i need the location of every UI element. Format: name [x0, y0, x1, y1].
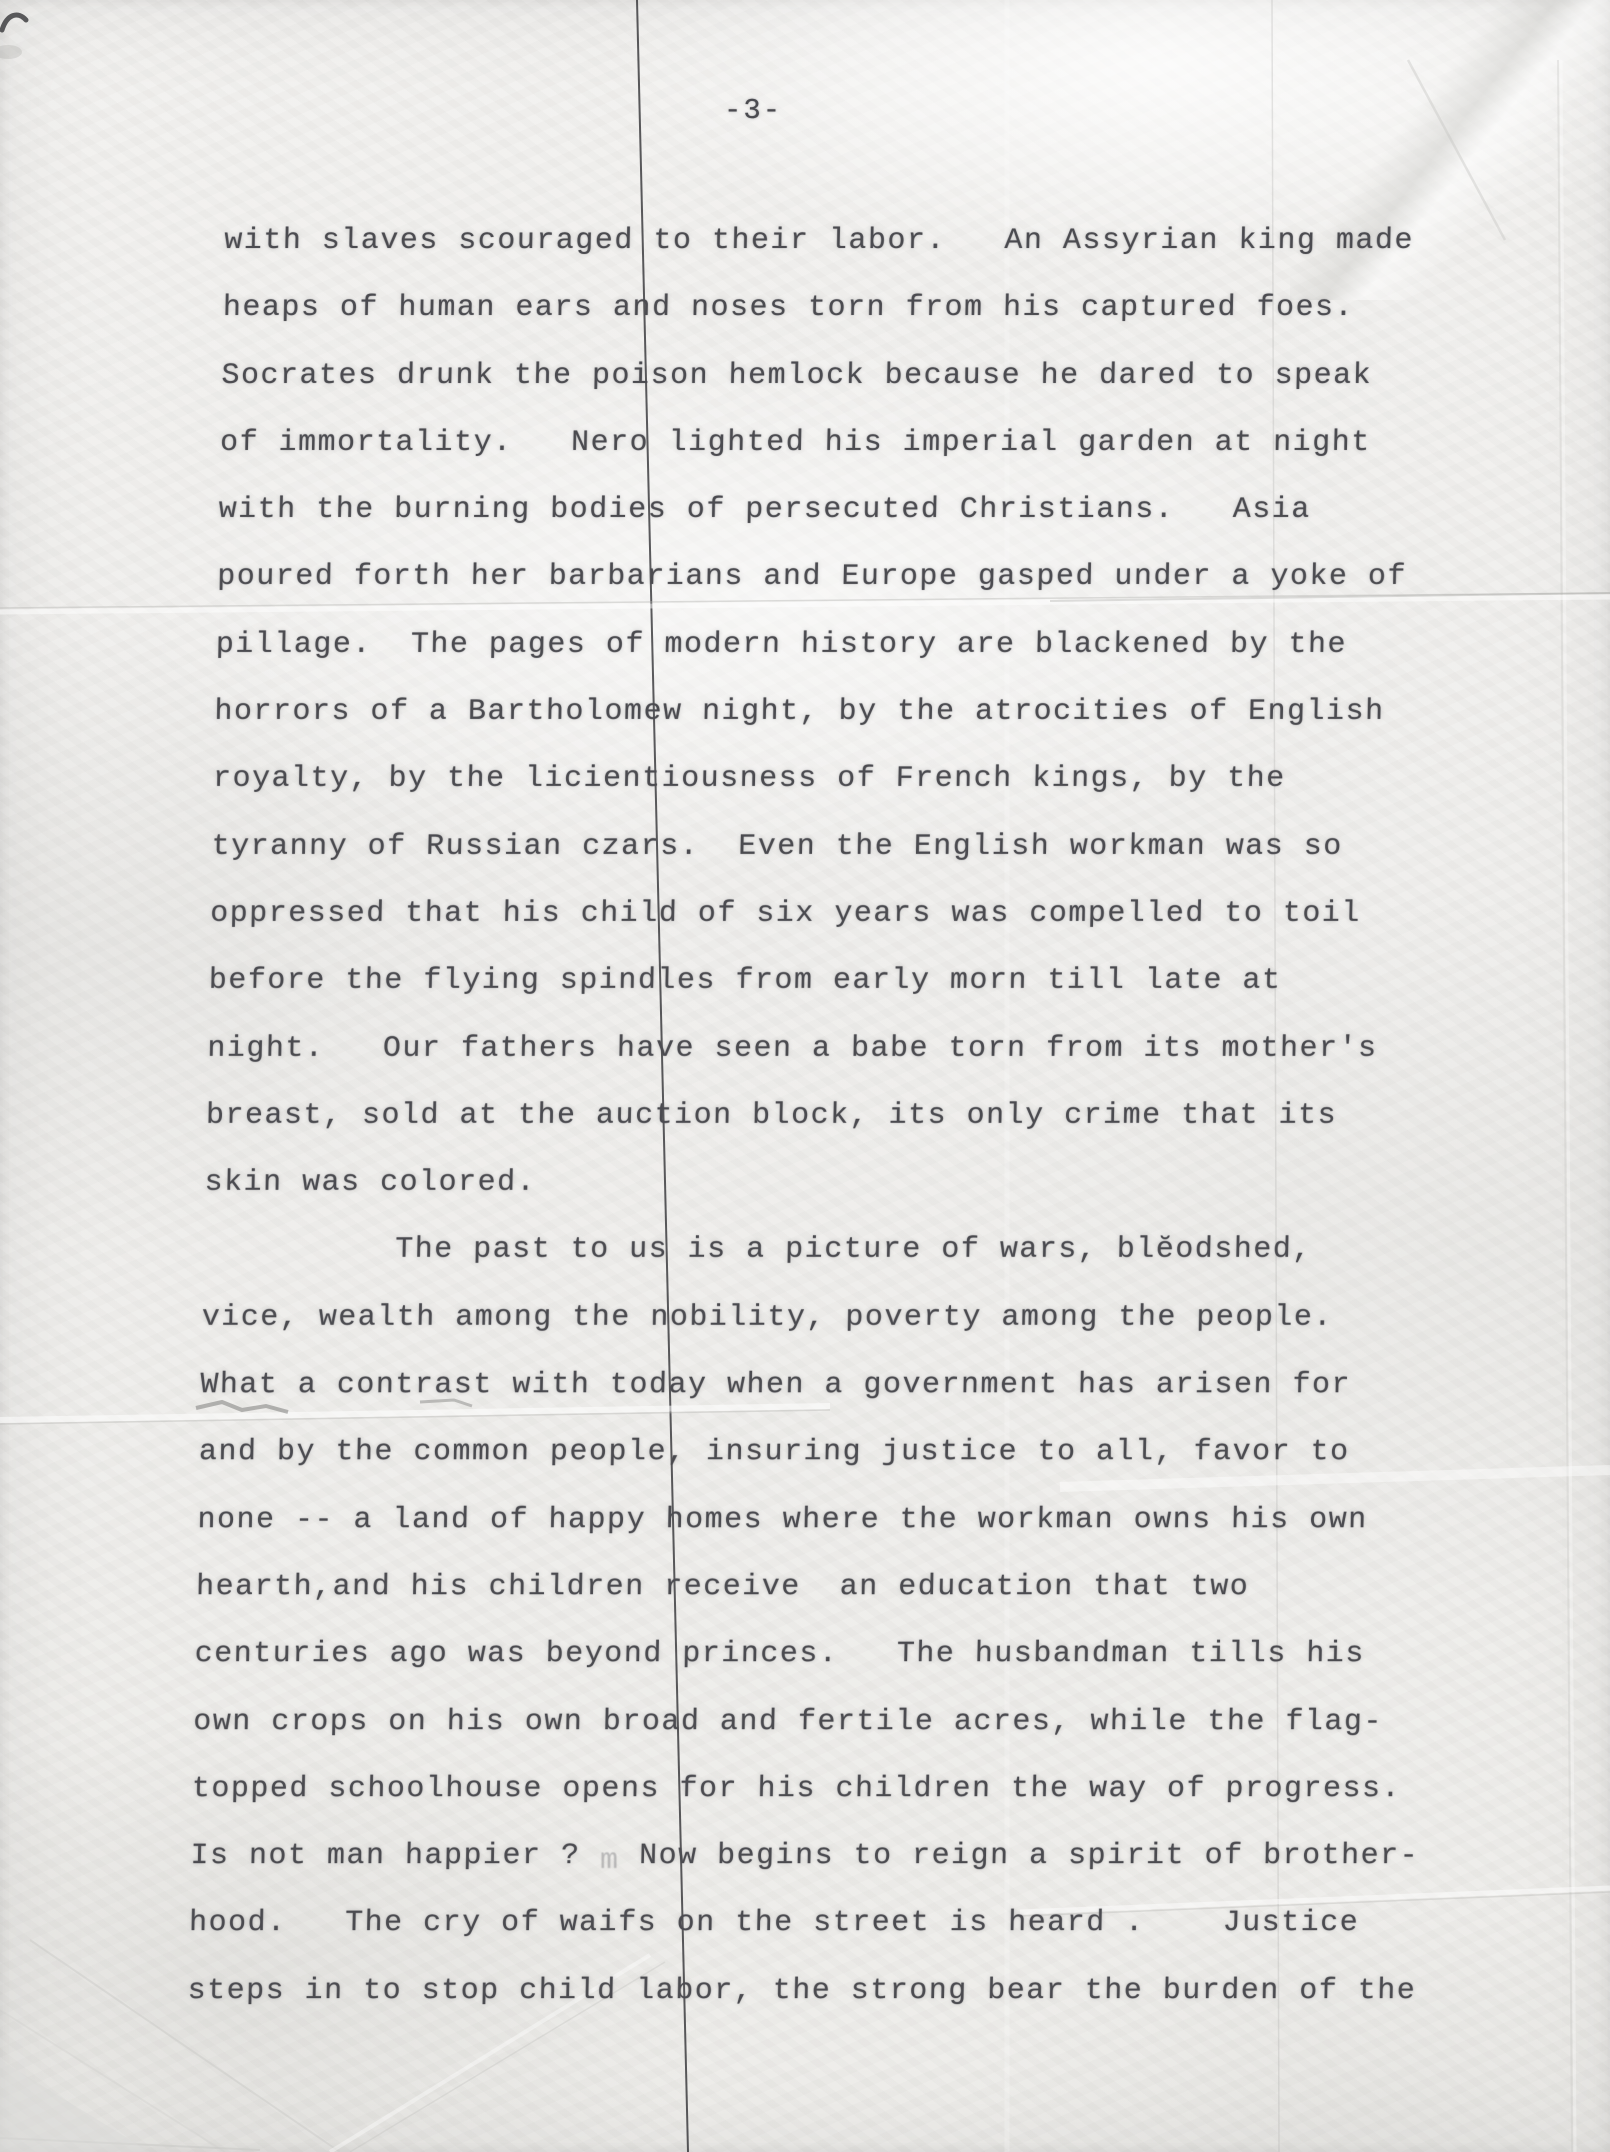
typewritten-line: before the flying spindles from early mo… — [208, 948, 1549, 1015]
typewritten-line: steps in to stop child labor, the strong… — [187, 1958, 1528, 2025]
typewritten-line: own crops on his own broad and fertile a… — [193, 1689, 1534, 1756]
typewritten-line: breast, sold at the auction block, its o… — [205, 1083, 1546, 1150]
scanned-page: -3- with slaves scouraged to their labor… — [0, 0, 1610, 2152]
typewritten-line: of immortality. Nero lighted his imperia… — [219, 410, 1560, 477]
typewritten-line: night. Our fathers have seen a babe torn… — [207, 1016, 1548, 1083]
typewritten-text: with slaves scouraged to their labor. An… — [187, 208, 1565, 2025]
typewritten-line: skin was colored. — [204, 1150, 1545, 1217]
typewritten-line: What a contrast with today when a govern… — [200, 1352, 1541, 1419]
typewritten-line: horrors of a Bartholomew night, by the a… — [214, 679, 1555, 746]
typewritten-line: Socrates drunk the poison hemlock becaus… — [221, 343, 1562, 410]
typewritten-line: royalty, by the licientiousness of Frenc… — [212, 746, 1553, 813]
typewritten-line: heaps of human ears and noses torn from … — [222, 275, 1563, 342]
typewritten-line: poured forth her barbarians and Europe g… — [217, 544, 1558, 611]
typewritten-line: hearth,and his children receive an educa… — [195, 1554, 1536, 1621]
typewritten-line: tyranny of Russian czars. Even the Engli… — [211, 814, 1552, 881]
typewritten-line: centuries ago was beyond princes. The hu… — [194, 1621, 1535, 1688]
typewritten-line: with the burning bodies of persecuted Ch… — [218, 477, 1559, 544]
typewritten-line: with slaves scouraged to their labor. An… — [224, 208, 1565, 275]
typewritten-line-paragraph-start: The past to us is a picture of wars, blĕ… — [202, 1217, 1543, 1284]
typewritten-line: oppressed that his child of six years wa… — [209, 881, 1550, 948]
typewritten-line: and by the common people, insuring justi… — [198, 1419, 1539, 1486]
typewritten-line: vice, wealth among the nobility, poverty… — [201, 1285, 1542, 1352]
typewritten-line: none -- a land of happy homes where the … — [197, 1487, 1538, 1554]
faint-overstrike-character: m — [600, 1844, 618, 1878]
typewritten-line: Is not man happier ? Now begins to reign… — [190, 1823, 1531, 1890]
typewritten-line: topped schoolhouse opens for his childre… — [191, 1756, 1532, 1823]
page-number: -3- — [724, 94, 782, 127]
typewritten-line: pillage. The pages of modern history are… — [215, 612, 1556, 679]
typewritten-line: hood. The cry of waifs on the street is … — [188, 1890, 1529, 1957]
